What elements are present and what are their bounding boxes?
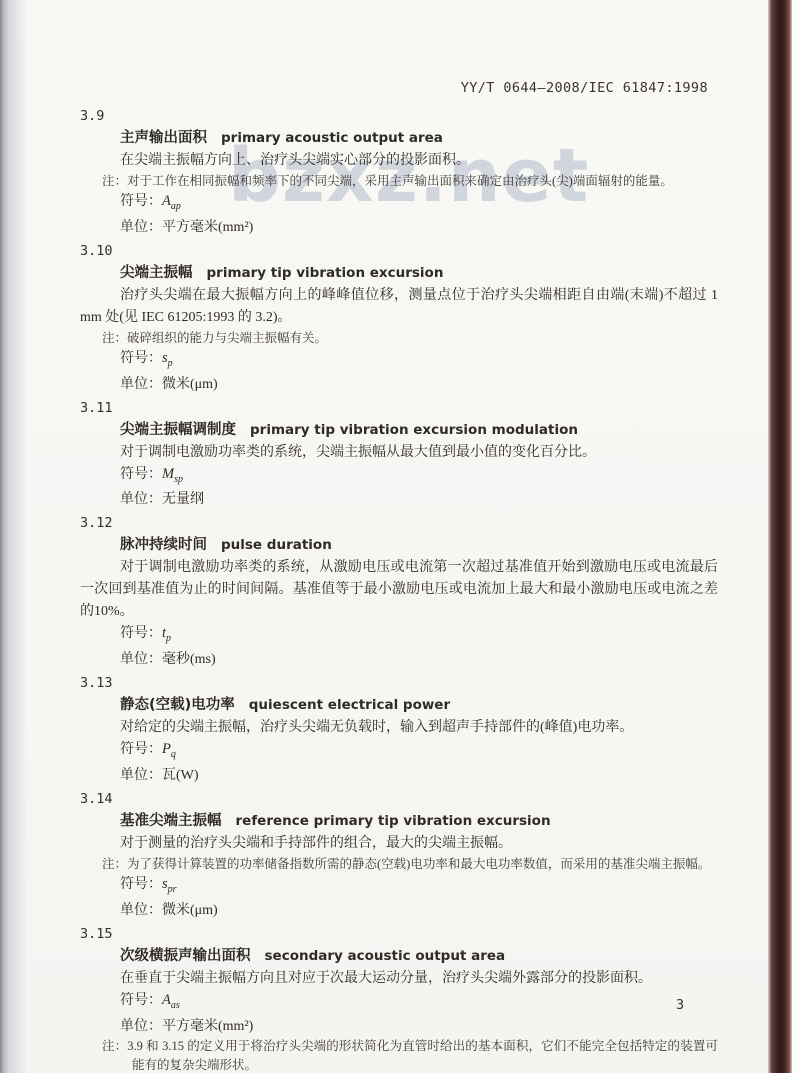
unit-line: 单位：平方毫米(mm²) <box>120 217 718 238</box>
unit-line: 单位：微米(μm) <box>120 374 718 395</box>
unit-value: 微米(μm) <box>162 377 218 392</box>
unit-label: 单位： <box>120 1019 162 1034</box>
symbol-line: 符号：spr <box>120 874 718 900</box>
definition-text: 治疗头尖端在最大振幅方向上的峰峰值位移，测量点位于治疗头尖端相距自由端(末端)不… <box>80 285 718 329</box>
note-label: 注： <box>102 331 127 345</box>
book-binding-bar <box>768 0 792 1073</box>
unit-value: 毫秒(ms) <box>162 652 216 667</box>
page-number: 3 <box>676 997 684 1013</box>
note-label: 注： <box>102 857 127 871</box>
unit-line: 单位：微米(μm) <box>120 900 718 921</box>
unit-line: 单位：瓦(W) <box>120 765 718 786</box>
symbol-line: 符号：sp <box>120 348 718 374</box>
symbol-label: 符号： <box>120 993 162 1008</box>
term-line: 次级横振声输出面积secondary acoustic output area <box>120 945 718 968</box>
symbol-line: 符号：Msp <box>120 464 718 490</box>
symbol-subscript: p <box>168 358 173 369</box>
page-left-scan-edge <box>0 0 28 1073</box>
term-chinese: 静态(空载)电功率 <box>120 697 235 713</box>
clause-number: 3.10 <box>80 241 718 262</box>
term-line: 尖端主振幅调制度primary tip vibration excursion … <box>120 419 718 442</box>
unit-label: 单位： <box>120 768 162 783</box>
clause-number: 3.14 <box>80 789 718 810</box>
term-line: 静态(空载)电功率quiescent electrical power <box>120 694 718 717</box>
clause-number: 3.11 <box>80 398 718 419</box>
term-section-3-11: 3.11 尖端主振幅调制度primary tip vibration excur… <box>80 398 718 511</box>
term-english: primary acoustic output area <box>221 130 443 146</box>
symbol-letter: A <box>162 193 171 209</box>
note: 注：破碎组织的能力与尖端主振幅有关。 <box>102 329 718 348</box>
note-text: 3.9 和 3.15 的定义用于将治疗头尖端的形状简化为直管时给出的基本面积，它… <box>127 1039 718 1072</box>
term-english: pulse duration <box>221 537 332 553</box>
symbol-label: 符号： <box>120 742 162 757</box>
unit-value: 瓦(W) <box>162 768 199 783</box>
term-line: 主声输出面积primary acoustic output area <box>120 127 718 150</box>
term-english: quiescent electrical power <box>249 697 450 713</box>
unit-value: 平方毫米(mm²) <box>162 1019 253 1034</box>
term-line: 尖端主振幅primary tip vibration excursion <box>120 262 718 285</box>
term-section-3-14: 3.14 基准尖端主振幅reference primary tip vibrat… <box>80 789 718 921</box>
definition-text: 在垂直于尖端主振幅方向且对应于次最大运动分量，治疗头尖端外露部分的投影面积。 <box>80 968 718 990</box>
symbol-subscript: ap <box>171 201 181 212</box>
clause-number: 3.9 <box>80 106 718 127</box>
unit-value: 无量纲 <box>162 492 204 507</box>
unit-label: 单位： <box>120 492 162 507</box>
definition-text: 对于调制电激励功率类的系统，尖端主振幅从最大值到最小值的变化百分比。 <box>80 442 718 464</box>
definition-text: 对于调制电激励功率类的系统，从激励电压或电流第一次超过基准值开始到激励电压或电流… <box>80 557 718 623</box>
definition-text: 对给定的尖端主振幅，治疗头尖端无负载时，输入到超声手持部件的(峰值)电功率。 <box>80 717 718 739</box>
unit-line: 单位：毫秒(ms) <box>120 649 718 670</box>
symbol-subscript: pr <box>168 884 177 895</box>
symbol-subscript: p <box>166 633 171 644</box>
definition-text: 在尖端主振幅方向上、治疗头尖端实心部分的投影面积。 <box>80 150 718 172</box>
symbol-label: 符号： <box>120 626 162 641</box>
unit-label: 单位： <box>120 377 162 392</box>
symbol-line: 符号：Aap <box>120 191 718 217</box>
note: 注：为了获得计算装置的功率储备指数所需的静态(空载)电功率和最大电功率数值，而采… <box>102 855 718 874</box>
scanned-document-page: YY/T 0644—2008/IEC 61847:1998 bzxz.net 3… <box>0 0 800 1073</box>
unit-label: 单位： <box>120 220 162 235</box>
term-english: secondary acoustic output area <box>265 948 506 964</box>
clause-number: 3.13 <box>80 673 718 694</box>
unit-label: 单位： <box>120 652 162 667</box>
note-label: 注： <box>102 174 127 188</box>
unit-line: 单位：无量纲 <box>120 489 718 510</box>
symbol-label: 符号： <box>120 351 162 366</box>
term-english: reference primary tip vibration excursio… <box>236 813 551 829</box>
clause-number: 3.15 <box>80 924 718 945</box>
term-chinese: 尖端主振幅调制度 <box>120 422 236 438</box>
unit-value: 平方毫米(mm²) <box>162 220 253 235</box>
note-label: 注： <box>102 1039 127 1053</box>
term-chinese: 脉冲持续时间 <box>120 537 207 553</box>
symbol-letter: P <box>162 741 171 757</box>
term-chinese: 主声输出面积 <box>120 130 207 146</box>
definition-text: 对于测量的治疗头尖端和手持部件的组合，最大的尖端主振幅。 <box>80 833 718 855</box>
term-chinese: 基准尖端主振幅 <box>120 813 222 829</box>
term-english: primary tip vibration excursion modulati… <box>250 422 578 438</box>
symbol-line: 符号：Pq <box>120 739 718 765</box>
symbol-line: 符号：tp <box>120 623 718 649</box>
term-section-3-12: 3.12 脉冲持续时间pulse duration 对于调制电激励功率类的系统，… <box>80 513 718 670</box>
clause-number: 3.12 <box>80 513 718 534</box>
symbol-subscript: sp <box>174 473 183 484</box>
unit-line: 单位：平方毫米(mm²) <box>120 1016 718 1037</box>
symbol-label: 符号： <box>120 467 162 482</box>
symbol-label: 符号： <box>120 877 162 892</box>
note-text: 对于工作在相同振幅和频率下的不同尖端，采用主声输出面积来确定由治疗头(尖)端面辐… <box>127 174 673 188</box>
term-line: 脉冲持续时间pulse duration <box>120 534 718 557</box>
unit-label: 单位： <box>120 903 162 918</box>
symbol-letter: A <box>162 992 171 1008</box>
note-text: 破碎组织的能力与尖端主振幅有关。 <box>127 331 327 345</box>
term-section-3-9: 3.9 主声输出面积primary acoustic output area 在… <box>80 106 718 238</box>
term-section-3-13: 3.13 静态(空载)电功率quiescent electrical power… <box>80 673 718 786</box>
term-chinese: 尖端主振幅 <box>120 265 193 281</box>
term-english: primary tip vibration excursion <box>207 265 444 281</box>
symbol-subscript: q <box>171 749 176 760</box>
term-chinese: 次级横振声输出面积 <box>120 948 251 964</box>
unit-value: 微米(μm) <box>162 903 218 918</box>
note-text: 为了获得计算装置的功率储备指数所需的静态(空载)电功率和最大电功率数值，而采用的… <box>127 857 710 871</box>
note-after: 注：3.9 和 3.15 的定义用于将治疗头尖端的形状简化为直管时给出的基本面积… <box>102 1037 718 1073</box>
definitions-content: 3.9 主声输出面积primary acoustic output area 在… <box>80 106 718 1073</box>
note: 注：对于工作在相同振幅和频率下的不同尖端，采用主声输出面积来确定由治疗头(尖)端… <box>102 172 718 191</box>
symbol-label: 符号： <box>120 194 162 209</box>
symbol-subscript: as <box>171 1000 180 1011</box>
standard-number-header: YY/T 0644—2008/IEC 61847:1998 <box>461 80 708 96</box>
term-section-3-15: 3.15 次级横振声输出面积secondary acoustic output … <box>80 924 718 1073</box>
symbol-line: 符号：Aas <box>120 990 718 1016</box>
term-section-3-10: 3.10 尖端主振幅primary tip vibration excursio… <box>80 241 718 395</box>
symbol-letter: M <box>162 466 174 482</box>
term-line: 基准尖端主振幅reference primary tip vibration e… <box>120 810 718 833</box>
